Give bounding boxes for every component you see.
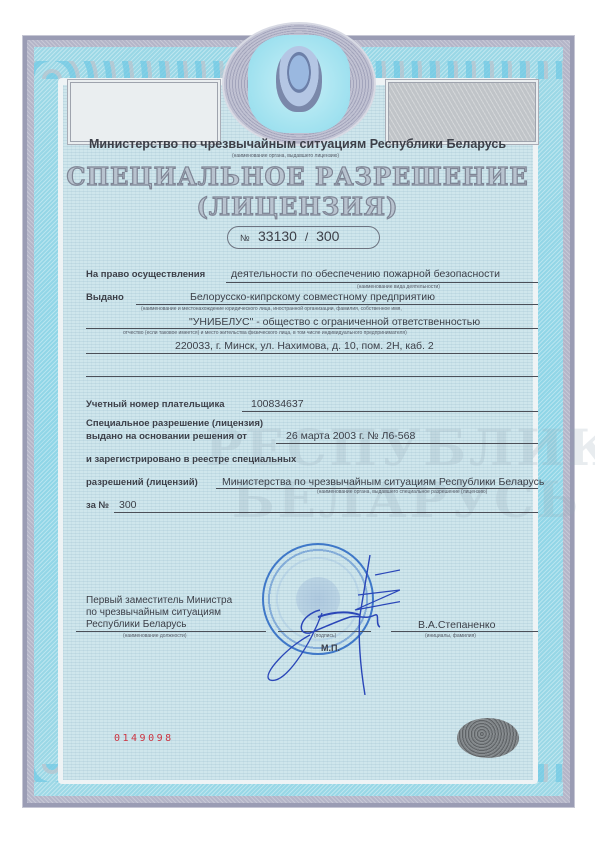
reg-number-value: 300 (119, 499, 137, 511)
signatory-position-line3: Республики Беларусь (86, 619, 187, 630)
reg-number-label: за № (86, 500, 109, 511)
taxpayer-number: 100834637 (251, 398, 304, 410)
taxpayer-label: Учетный номер плательщика (86, 399, 225, 410)
activity-caption: (наименование вида деятельности) (357, 284, 440, 290)
taxpayer-underline (242, 411, 538, 412)
hologram-sticker (457, 718, 519, 758)
blank-panel-left (70, 82, 218, 142)
license-number-separator: / (305, 230, 308, 244)
signatory-position-line2: по чрезвычайным ситуациям (86, 607, 221, 618)
name-underline (391, 631, 538, 632)
decision-underline (276, 443, 538, 444)
activity-underline (226, 282, 538, 283)
number-sign: № (240, 233, 250, 243)
registry-authority: Министерства по чрезвычайным ситуациям Р… (222, 476, 544, 488)
issued-underline2 (86, 328, 538, 329)
issued-line2: "УНИБЕЛУС" - общество с ограниченной отв… (189, 316, 480, 328)
issuing-authority-caption: (наименование органа, выдавшего лицензию… (232, 153, 339, 159)
issued-line1: Белорусско-кипрскому совместному предпри… (190, 291, 435, 303)
registry-label1: и зарегистрировано в реестре специальных (86, 454, 296, 465)
issuing-authority: Министерство по чрезвычайным ситуациям Р… (0, 137, 595, 151)
position-underline (76, 631, 266, 632)
serial-number: 0149098 (114, 733, 174, 744)
decision-value: 26 марта 2003 г. № Л6-568 (286, 430, 415, 442)
blank-underline (86, 376, 538, 377)
license-number-suffix: 300 (316, 228, 339, 244)
registry-caption: (наименование органа, выдавшего специаль… (317, 489, 487, 495)
license-number: 33130 / 300 (258, 228, 339, 244)
issued-label: Выдано (86, 292, 124, 303)
activity-label: На право осуществления (86, 269, 205, 280)
issued-underline1 (136, 304, 538, 305)
name-caption: (инициалы, фамилия) (425, 633, 476, 639)
issued-caption2: отчество (если таковое имеется) и место … (123, 330, 407, 336)
document-title: СПЕЦИАЛЬНОЕ РАЗРЕШЕНИЕ (0, 162, 595, 191)
issued-address: 220033, г. Минск, ул. Нахимова, д. 10, п… (175, 340, 434, 352)
decision-label1: Специальное разрешение (лицензия) (86, 418, 263, 429)
watermark-line1: РЕСПУБЛИКА (205, 418, 595, 477)
security-panel-right (388, 82, 536, 142)
decision-label2: выдано на основании решения от (86, 431, 247, 442)
signatory-name: В.А.Степаненко (418, 619, 495, 631)
license-number-main: 33130 (258, 228, 297, 244)
issued-underline3 (86, 353, 538, 354)
reg-number-underline (114, 512, 538, 513)
registry-label2: разрешений (лицензий) (86, 477, 198, 488)
position-caption: (наименование должности) (123, 633, 187, 639)
coat-of-arms-icon (276, 46, 322, 112)
issued-caption1: (наименование и местонахождение юридичес… (141, 306, 402, 312)
document-subtitle: (ЛИЦЕНЗИЯ) (0, 192, 595, 221)
signatory-position-line1: Первый заместитель Министра (86, 595, 232, 606)
handwritten-signature (250, 555, 400, 695)
activity-value: деятельности по обеспечению пожарной без… (231, 268, 500, 280)
